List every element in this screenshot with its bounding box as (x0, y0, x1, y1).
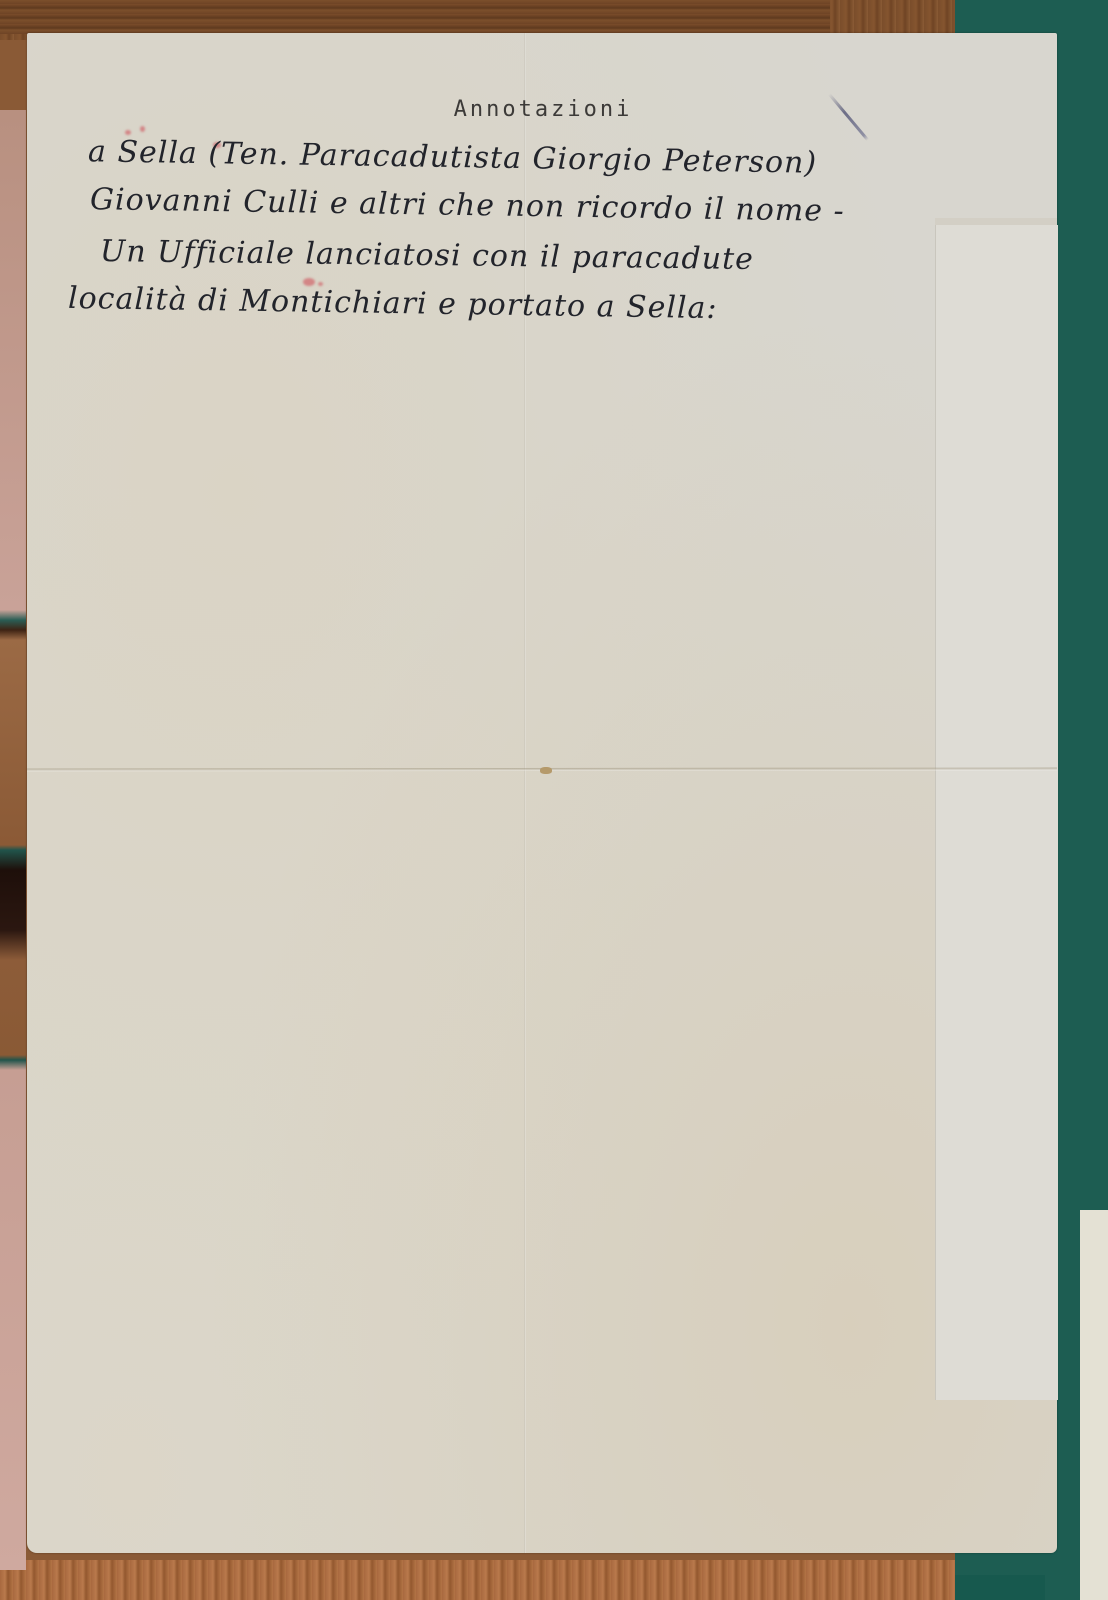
section-heading: Annotazioni (0, 97, 1086, 122)
binder-stack-left (0, 110, 26, 1570)
fold-hole (540, 767, 552, 774)
red-stain (140, 126, 145, 132)
wood-surface-bottom (0, 1560, 960, 1600)
light-card-edge (1080, 1210, 1108, 1600)
wood-surface-top-dark (0, 0, 830, 34)
attached-paper-strip (935, 225, 1058, 1400)
teal-background-bottom (955, 1575, 1045, 1600)
